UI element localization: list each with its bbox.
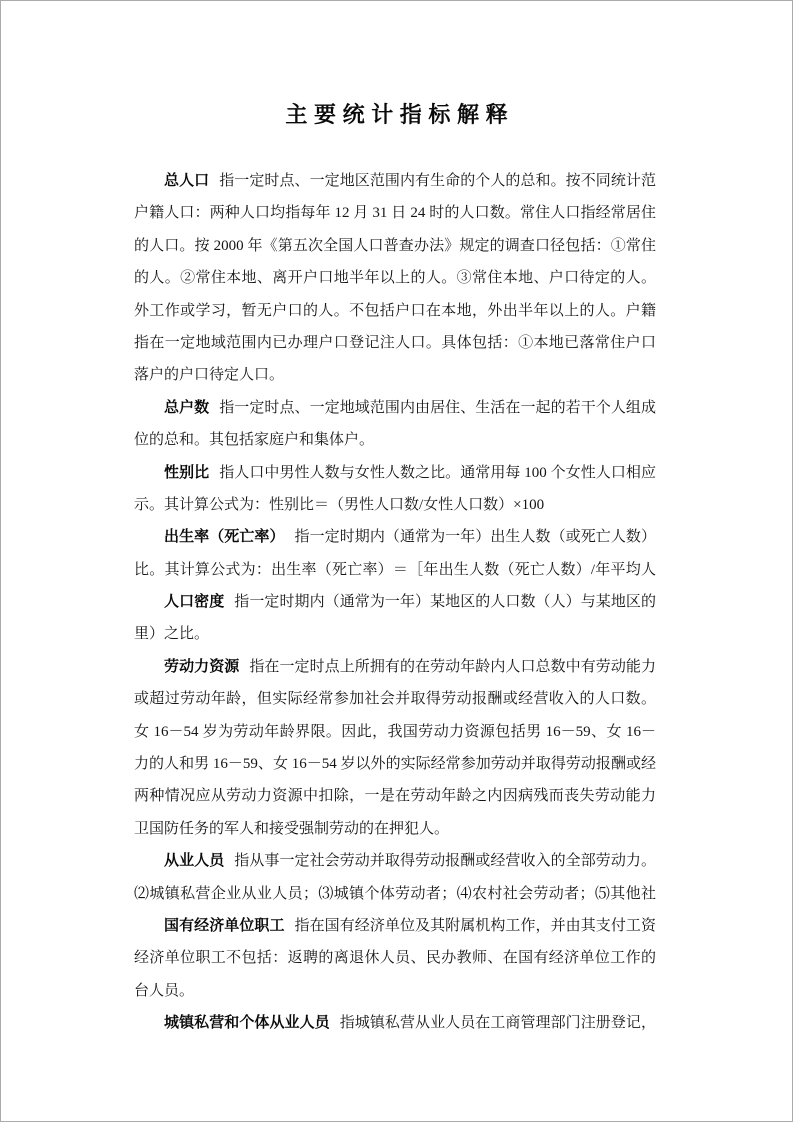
- indicator-term: 国有经济单位职工: [164, 917, 285, 934]
- text-line: 落户的户口待定人口。: [134, 359, 656, 391]
- indicator-term: 劳动力资源: [164, 658, 239, 675]
- text-line: 的人。②常住本地、离开户口地半年以上的人。③常住本地、户口待定的人。④原住本地、…: [134, 262, 656, 294]
- paragraph-first-line: 总户数指一定时点、一定地域范围内由居住、生活在一起的若干个人组成的社会经济基本单: [134, 392, 656, 424]
- paragraph-first-line: 总人口指一定时点、一定地区范围内有生命的个人的总和。按不同统计范畴分为常住人口和: [134, 165, 656, 197]
- definition-text: 指人口中男性人数与女性人数之比。通常用每 100 个女性人口相应有多少男性人口表: [134, 465, 656, 489]
- text-line: 户籍人口：两种人口均指每年 12 月 31 日 24 时的人口数。常住人口指经常…: [134, 197, 656, 229]
- text-line: 的人口。按 2000 年《第五次全国人口普查办法》规定的调查口径包括：①常住本地…: [134, 230, 656, 262]
- paragraph-first-line: 国有经济单位职工指在国有经济单位及其附属机构工作，并由其支付工资的各类人员，国有: [134, 910, 656, 942]
- indicator-term: 从业人员: [164, 852, 224, 869]
- text-line: 台人员。: [134, 975, 656, 1007]
- paragraph-first-line: 城镇私营和个体从业人员指城镇私营从业人员在工商管理部门注册登记，其经营地址设在县: [134, 1007, 656, 1039]
- indicator-term: 总人口: [164, 172, 209, 189]
- paragraph-first-line: 出生率（死亡率）指一定时期内（通常为一年）出生人数（或死亡人数）与同期平均人数之: [134, 521, 656, 553]
- document-body: 总人口指一定时点、一定地区范围内有生命的个人的总和。按不同统计范畴分为常住人口和…: [134, 165, 656, 1040]
- text-line: ⑵城镇私营企业从业人员；⑶城镇个体劳动者；⑷农村社会劳动者；⑸其他社会劳动者。: [134, 878, 656, 910]
- text-line: 两种情况应从劳动力资源中扣除，一是在劳动年龄之内因病残而丧失劳动能力的人口；二是…: [134, 780, 656, 812]
- text-line: 女 16－54 岁为劳动年龄界限。因此，我国劳动力资源包括男 16－59、女 1…: [134, 716, 656, 748]
- text-line: 经济单位职工不包括：返聘的离退休人员、民办教师、在国有经济单位工作的外方人员和港…: [134, 942, 656, 974]
- indicator-term: 性别比: [164, 464, 209, 481]
- definition-text: 指一定时点、一定地域范围内由居住、生活在一起的若干个人组成的社会经济基本单: [134, 400, 656, 424]
- paragraph-first-line: 人口密度指一定时期内（通常为一年）某地区的人口数（人）与某地区的土地面积（平方公: [134, 586, 656, 618]
- paragraph-first-line: 从业人员指从事一定社会劳动并取得劳动报酬或经营收入的全部劳动力。包括:⑴全部职工…: [134, 845, 656, 877]
- text-line: 里）之比。: [134, 618, 656, 650]
- text-line: 力的人和男 16－59、女 16－54 岁以外的实际经常参加劳动并取得劳动报酬或…: [134, 748, 656, 780]
- text-line: 示。其计算公式为：性别比＝（男性人口数/女性人口数）×100: [134, 489, 656, 521]
- document-page: 主要统计指标解释 总人口指一定时点、一定地区范围内有生命的个人的总和。按不同统计…: [0, 0, 793, 1122]
- indicator-term: 城镇私营和个体从业人员: [164, 1014, 330, 1031]
- text-line: 卫国防任务的军人和接受强制劳动的在押犯人。: [134, 813, 656, 845]
- paragraph-first-line: 性别比指人口中男性人数与女性人数之比。通常用每 100 个女性人口相应有多少男性…: [134, 457, 656, 489]
- paragraph-first-line: 劳动力资源指在一定时点上所拥有的在劳动年龄内人口总数中有劳动能力的人口数和不足: [134, 651, 656, 683]
- text-line: 或超过劳动年龄，但实际经常参加社会并取得劳动报酬或经营收入的人口数。我国规定男 …: [134, 683, 656, 715]
- text-line: 指在一定地域范围内已办理户口登记注人口。具体包括：①本地已落常住户口的人口。②应…: [134, 327, 656, 359]
- indicator-term: 出生率（死亡率）: [164, 528, 285, 545]
- indicator-term: 总户数: [164, 399, 209, 416]
- text-line: 位的总和。其包括家庭户和集体户。: [134, 424, 656, 456]
- document-title: 主要统计指标解释: [1, 98, 792, 129]
- text-line: 比。其计算公式为：出生率（死亡率）＝［年出生人数（死亡人数）/年平均人数］×10…: [134, 554, 656, 586]
- text-line: 外工作或学习，暂无户口的人。不包括户口在本地，外出半年以上的人。户籍人口又叫法定…: [134, 295, 656, 327]
- indicator-term: 人口密度: [164, 593, 224, 610]
- definition-text: 指一定时点、一定地区范围内有生命的个人的总和。按不同统计范畴分为常住人口和: [134, 173, 656, 197]
